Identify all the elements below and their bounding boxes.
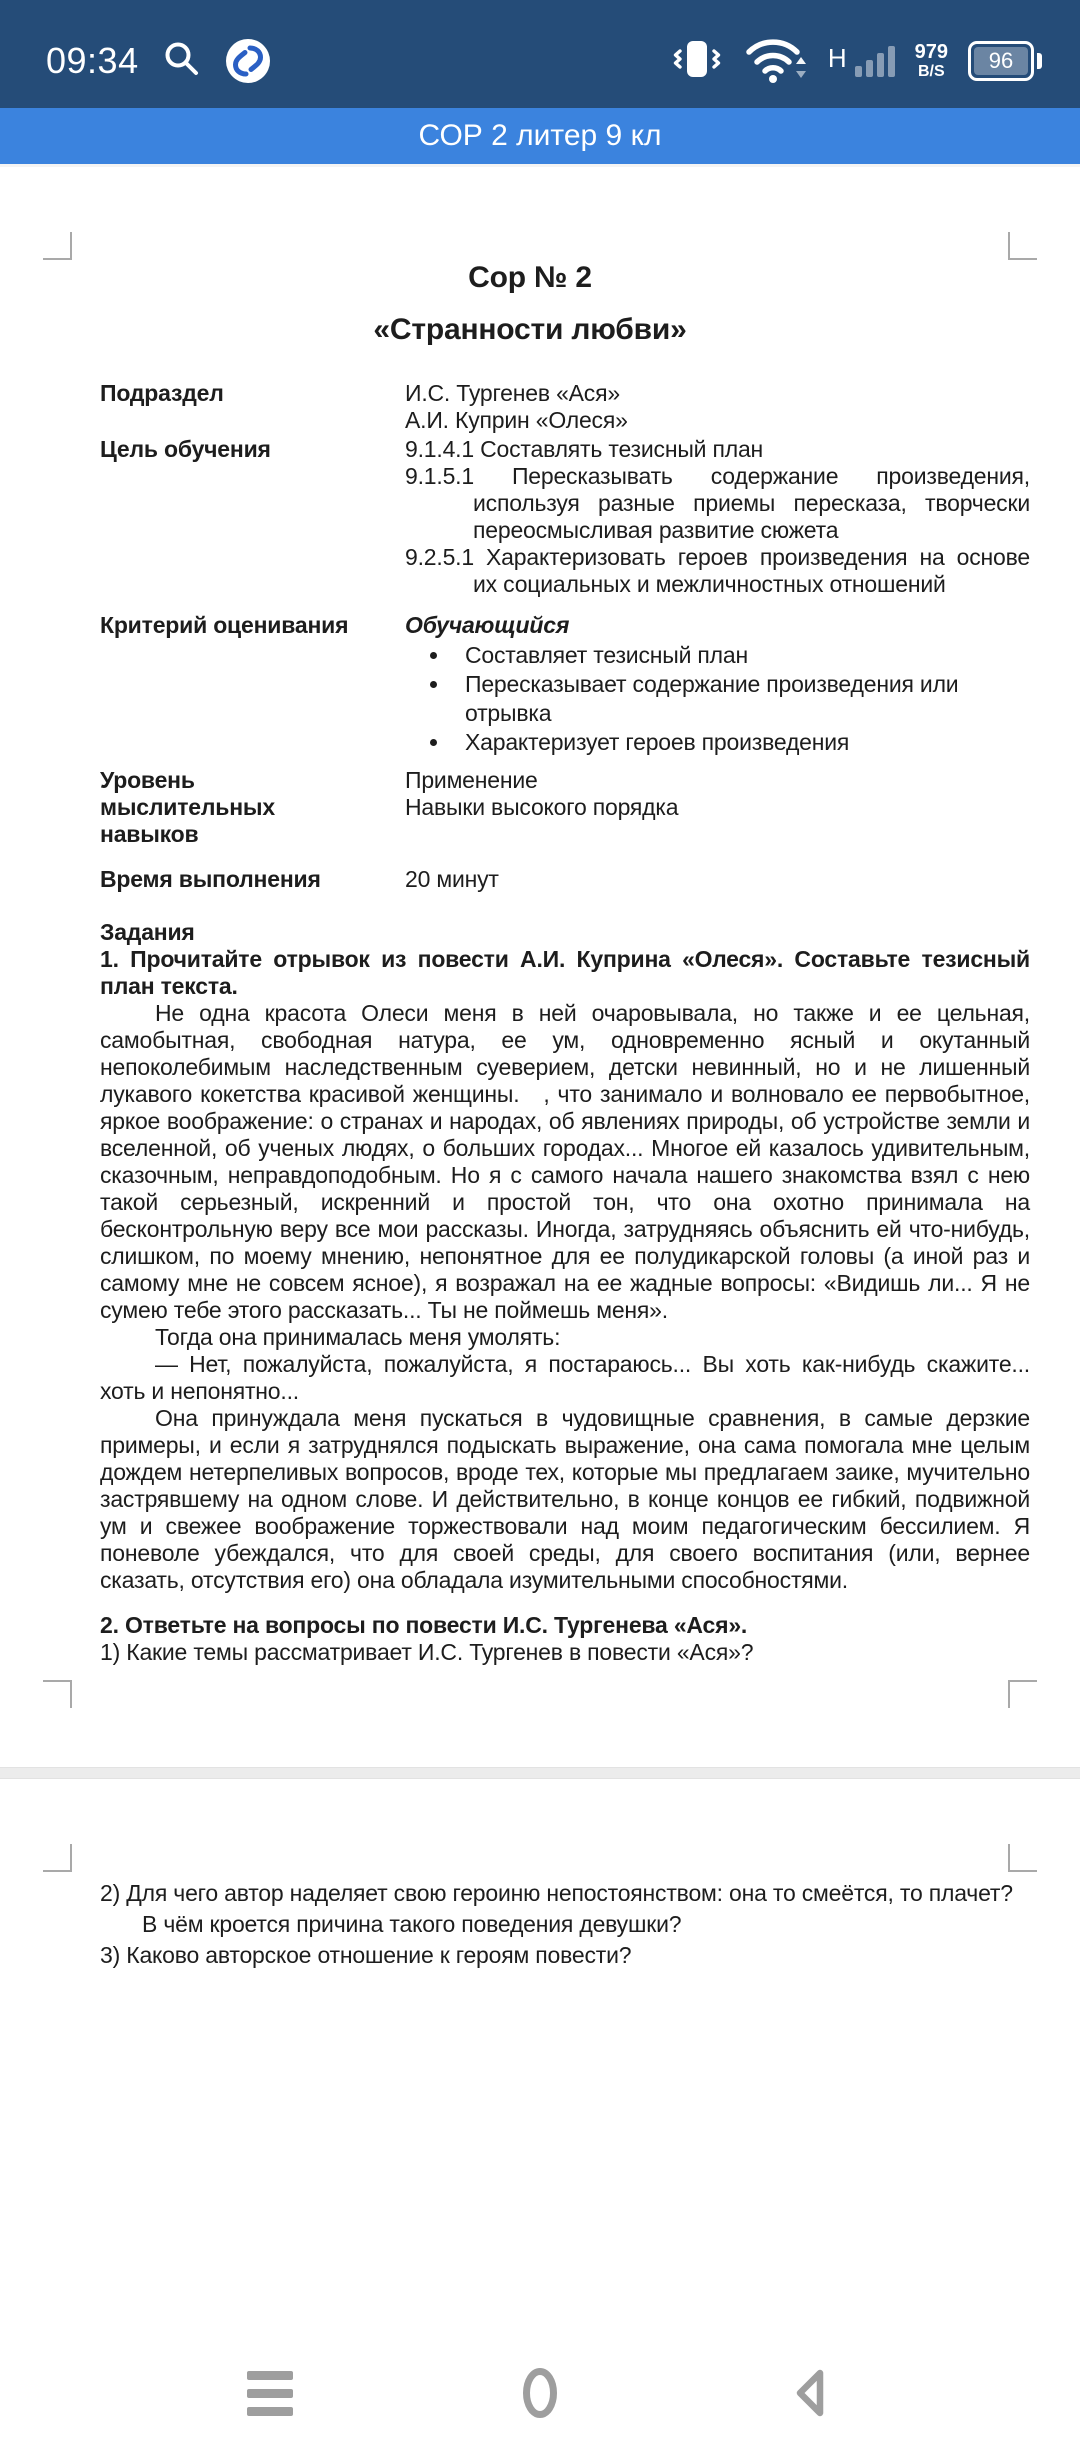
- meta-line: Применение: [405, 767, 1030, 794]
- meta-label: Цель обучения: [100, 436, 405, 598]
- network-type-label: H: [828, 45, 847, 71]
- document-page-2: 2) Для чего автор наделяет свою героиню …: [100, 1878, 1030, 1971]
- android-navigation-bar: [0, 2328, 1080, 2460]
- question-3: 3) Каково авторское отношение к героям п…: [100, 1940, 1030, 1971]
- status-bar-right: H 979 B/S 96: [670, 32, 1042, 91]
- vibrate-icon: [670, 32, 724, 91]
- battery-percent: 96: [989, 48, 1013, 74]
- doc-subtitle: «Странности любви»: [100, 312, 960, 348]
- question-2: 2) Для чего автор наделяет свою героиню …: [100, 1878, 1030, 1940]
- app-bar-divider: [0, 164, 1080, 167]
- meta-row-thinking-level: Уровень мыслительных навыков Применение …: [100, 767, 1030, 848]
- meta-label: Время выполнения: [100, 866, 405, 893]
- signal-strength-icon: H: [828, 45, 895, 77]
- shazam-icon: [225, 38, 271, 84]
- clock: 09:34: [46, 40, 139, 82]
- page-corner-mark: [43, 1844, 72, 1872]
- data-rate-unit: B/S: [918, 64, 945, 80]
- excerpt-paragraph: Тогда она принималась меня умолять:: [100, 1324, 1030, 1351]
- meta-line: 20 минут: [405, 866, 1030, 893]
- meta-value: Применение Навыки высокого порядка: [405, 767, 1030, 848]
- home-icon: [519, 2364, 561, 2425]
- page-corner-mark: [1008, 232, 1037, 260]
- wifi-icon: [744, 34, 808, 89]
- page-separator: [0, 1767, 1080, 1779]
- excerpt-paragraph: Она принуждала меня пускаться в чудовищн…: [100, 1405, 1030, 1594]
- document-page-1: Сор № 2 «Странности любви» Подраздел И.С…: [100, 260, 1030, 1666]
- battery-icon: 96: [968, 41, 1042, 81]
- status-bar: 09:34: [0, 0, 1080, 108]
- home-button[interactable]: [514, 2366, 566, 2422]
- back-icon: [788, 2364, 832, 2425]
- page-corner-mark: [43, 1680, 72, 1708]
- meta-line: И.С. Тургенев «Ася»: [405, 380, 1030, 407]
- meta-value: Обучающийся Составляет тезисный план Пер…: [405, 612, 1030, 757]
- question-1: 1) Какие темы рассматривает И.С. Тургене…: [100, 1639, 1030, 1666]
- recents-button[interactable]: [244, 2366, 296, 2422]
- app-bar: СОР 2 литер 9 кл: [0, 108, 1080, 164]
- back-button[interactable]: [784, 2366, 836, 2422]
- meta-value: 9.1.4.1 Составлять тезисный план 9.1.5.1…: [405, 436, 1030, 598]
- criteria-item: Пересказывает содержание произведения ил…: [451, 670, 960, 728]
- meta-line: Навыки высокого порядка: [405, 794, 1030, 821]
- meta-label: Уровень мыслительных навыков: [100, 767, 300, 848]
- signal-bars: [855, 45, 895, 77]
- data-rate-indicator: 979 B/S: [915, 42, 948, 80]
- page-corner-mark: [43, 232, 72, 260]
- recents-icon: [246, 2366, 294, 2423]
- criteria-heading: Обучающийся: [405, 612, 1030, 639]
- search-icon: [161, 38, 203, 85]
- document-viewer[interactable]: Сор № 2 «Странности любви» Подраздел И.С…: [0, 164, 1080, 2460]
- doc-title: Сор № 2: [100, 260, 960, 296]
- meta-row-criteria: Критерий оценивания Обучающийся Составля…: [100, 612, 1030, 757]
- app-bar-title: СОР 2 литер 9 кл: [418, 119, 661, 153]
- meta-row-subsection: Подраздел И.С. Тургенев «Ася» А.И. Купри…: [100, 380, 1030, 434]
- status-bar-left: 09:34: [46, 38, 271, 85]
- learning-goal: 9.1.4.1 Составлять тезисный план: [405, 436, 1030, 463]
- criteria-item: Составляет тезисный план: [451, 641, 960, 670]
- phone-screen: 09:34: [0, 0, 1080, 2460]
- task-2-title: 2. Ответьте на вопросы по повести И.С. Т…: [100, 1612, 1030, 1639]
- page-corner-mark: [1008, 1844, 1037, 1872]
- data-rate-value: 979: [915, 42, 948, 62]
- excerpt-paragraph: — Нет, пожалуйста, пожалуйста, я постара…: [100, 1351, 1030, 1405]
- meta-label: Подраздел: [100, 380, 405, 434]
- meta-value: И.С. Тургенев «Ася» А.И. Куприн «Олеся»: [405, 380, 1030, 434]
- task-1-title: 1. Прочитайте отрывок из повести А.И. Ку…: [100, 946, 1030, 1000]
- excerpt-paragraph: Не одна красота Олеси меня в ней очаровы…: [100, 1000, 1030, 1324]
- meta-label: Критерий оценивания: [100, 612, 405, 757]
- meta-value: 20 минут: [405, 866, 1030, 893]
- meta-row-duration: Время выполнения 20 минут: [100, 866, 1030, 893]
- learning-goal: 9.2.5.1 Характеризовать героев произведе…: [405, 544, 1030, 598]
- criteria-item: Характеризует героев произведения: [451, 728, 960, 757]
- meta-line: А.И. Куприн «Олеся»: [405, 407, 1030, 434]
- page-corner-mark: [1008, 1680, 1037, 1708]
- meta-row-learning-goals: Цель обучения 9.1.4.1 Составлять тезисны…: [100, 436, 1030, 598]
- learning-goal: 9.1.5.1 Пересказывать содержание произве…: [405, 463, 1030, 544]
- tasks-header: Задания: [100, 919, 1030, 946]
- criteria-list: Составляет тезисный план Пересказывает с…: [405, 641, 1030, 757]
